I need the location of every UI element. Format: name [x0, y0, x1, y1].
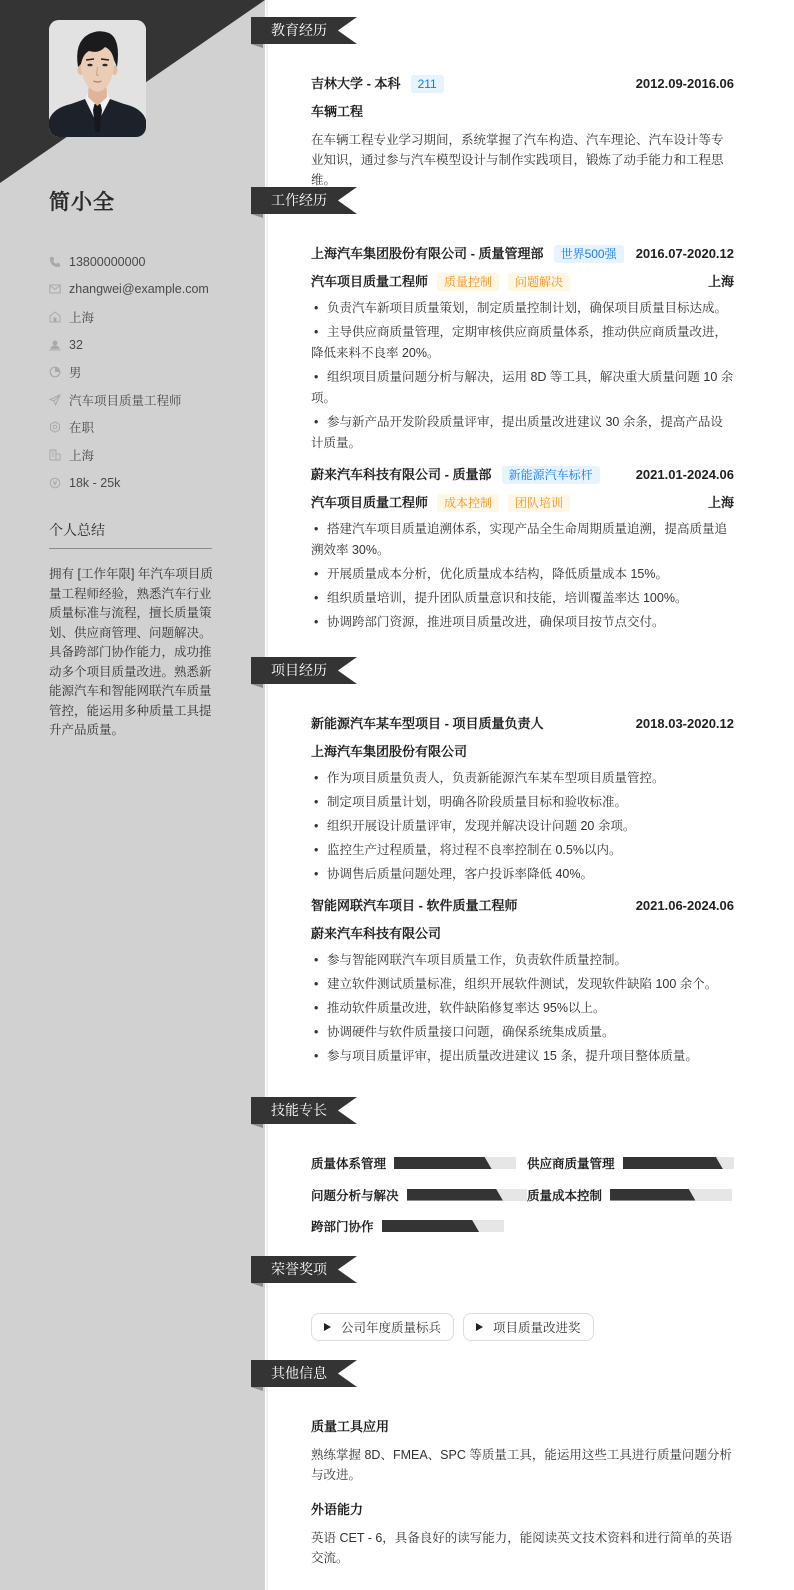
project-period: 2021.06-2024.06: [636, 896, 734, 916]
profile-photo: [49, 20, 146, 137]
work-item: 上海汽车集团股份有限公司 - 质量管理部 世界500强 2016.07-2020…: [311, 244, 734, 454]
skill-tag: 质量控制: [437, 273, 499, 291]
honors-body: 公司年度质量标兵 项目质量改进奖: [311, 1313, 734, 1341]
contact-text: 上海: [69, 446, 94, 464]
phone-icon: [49, 256, 61, 268]
project-bullets: 参与智能网联汽车项目质量工作，负责软件质量控制。 建立软件测试质量标准，组织开展…: [311, 950, 734, 1067]
contact-status: 在职: [49, 414, 249, 442]
other-item-title: 质量工具应用: [311, 1417, 734, 1437]
money-icon: [49, 477, 61, 489]
work-location: 上海: [708, 272, 734, 292]
bullet-item: 主导供应商质量管理，定期审核供应商质量体系，推动供应商质量改进，降低来料不良率 …: [311, 322, 734, 364]
gender-icon: [49, 366, 61, 378]
skill-tag: 成本控制: [437, 494, 499, 512]
project-company-row: 蔚来汽车科技有限公司: [311, 924, 734, 944]
other-item-text: 熟练掌握 8D、FMEA、SPC 等质量工具，能运用这些工具进行质量问题分析与改…: [311, 1445, 734, 1485]
section-title: 项目经历: [271, 657, 327, 684]
summary-text: 拥有 [工作年限] 年汽车项目质量工程师经验，熟悉汽车行业质量标准与流程，擅长质…: [49, 565, 215, 741]
skill-name: 跨部门协作: [311, 1217, 374, 1235]
company-tag: 世界500强: [554, 245, 624, 263]
bullet-item: 负责汽车新项目质量策划，制定质量控制计划，确保项目质量目标达成。: [311, 298, 734, 319]
skill-progress-fill: [382, 1220, 480, 1232]
project-company-row: 上海汽车集团股份有限公司: [311, 742, 734, 762]
skills-body: 质量体系管理 供应商质量管理 问题分析与解决 质量成本控制: [311, 1153, 734, 1236]
mail-icon: [49, 283, 61, 295]
bullet-item: 参与项目质量评审，提出质量改进建议 15 条，提升项目整体质量。: [311, 1046, 734, 1067]
contact-text: 18k - 25k: [69, 476, 120, 490]
work-header: 上海汽车集团股份有限公司 - 质量管理部 世界500强 2016.07-2020…: [311, 244, 734, 264]
project-period: 2018.03-2020.12: [636, 714, 734, 734]
other-item: 质量工具应用 熟练掌握 8D、FMEA、SPC 等质量工具，能运用这些工具进行质…: [311, 1417, 734, 1485]
bullet-item: 制定项目质量计划，明确各阶段质量目标和验收标准。: [311, 792, 734, 813]
section-ribbon: 项目经历: [251, 657, 357, 684]
skill-item: 跨部门协作: [311, 1216, 527, 1236]
skill-name: 供应商质量管理: [527, 1154, 615, 1172]
contact-salary: 18k - 25k: [49, 469, 249, 497]
play-icon: [324, 1323, 331, 1331]
bullet-item: 搭建汽车项目质量追溯体系，实现产品全生命周期质量追溯，提高质量追溯效率 30%。: [311, 519, 734, 561]
work-body: 上海汽车集团股份有限公司 - 质量管理部 世界500强 2016.07-2020…: [311, 244, 734, 636]
skill-progress-fill: [610, 1189, 695, 1201]
contact-phone: 13800000000: [49, 248, 249, 276]
summary-heading: 个人总结: [49, 520, 212, 549]
project-name: 智能网联汽车项目 - 软件质量工程师: [311, 896, 518, 916]
contact-city: 上海: [49, 441, 249, 469]
work-bullets: 搭建汽车项目质量追溯体系，实现产品全生命周期质量追溯，提高质量追溯效率 30%。…: [311, 519, 734, 633]
play-icon: [476, 1323, 483, 1331]
bullet-item: 推动软件质量改进，软件缺陷修复率达 95%以上。: [311, 998, 734, 1019]
project-bullets: 作为项目质量负责人，负责新能源汽车某车型项目质量管控。 制定项目质量计划，明确各…: [311, 768, 734, 885]
skill-progress-fill: [407, 1189, 503, 1201]
section-title: 技能专长: [271, 1097, 327, 1124]
skill-name: 质量体系管理: [311, 1154, 386, 1172]
work-bullets: 负责汽车新项目质量策划，制定质量控制计划，确保项目质量目标达成。 主导供应商质量…: [311, 298, 734, 454]
project-header: 新能源汽车某车型项目 - 项目质量负责人 2018.03-2020.12: [311, 714, 734, 734]
education-header: 吉林大学 - 本科 211 2012.09-2016.06: [311, 74, 734, 94]
skill-progress-bar: [623, 1157, 734, 1169]
project-item: 智能网联汽车项目 - 软件质量工程师 2021.06-2024.06 蔚来汽车科…: [311, 896, 734, 1067]
work-item: 蔚来汽车科技有限公司 - 质量部 新能源汽车标杆 2021.01-2024.06…: [311, 465, 734, 633]
building-icon: [49, 449, 61, 461]
honor-badge: 项目质量改进奖: [463, 1313, 594, 1341]
home-icon: [49, 311, 61, 323]
send-icon: [49, 394, 61, 406]
bullet-item: 监控生产过程质量，将过程不良率控制在 0.5%以内。: [311, 840, 734, 861]
bullet-item: 组织质量培训，提升团队质量意识和技能，培训覆盖率达 100%。: [311, 588, 734, 609]
skills-grid: 质量体系管理 供应商质量管理 问题分析与解决 质量成本控制: [311, 1153, 734, 1236]
contact-gender: 男: [49, 358, 249, 386]
skill-tag: 团队培训: [508, 494, 570, 512]
education-description: 在车辆工程专业学习期间，系统掌握了汽车构造、汽车理论、汽车设计等专业知识，通过参…: [311, 130, 734, 190]
project-company: 上海汽车集团股份有限公司: [311, 742, 467, 762]
section-title: 其他信息: [271, 1360, 327, 1387]
contact-text: 13800000000: [69, 255, 145, 269]
skill-progress-bar: [382, 1220, 504, 1232]
honors-list: 公司年度质量标兵 项目质量改进奖: [311, 1313, 734, 1341]
education-body: 吉林大学 - 本科 211 2012.09-2016.06 车辆工程 在车辆工程…: [311, 74, 734, 190]
contact-text: zhangwei@example.com: [69, 282, 209, 296]
bullet-item: 协调售后质量问题处理，客户投诉率降低 40%。: [311, 864, 734, 885]
project-company: 蔚来汽车科技有限公司: [311, 924, 441, 944]
skill-tag: 问题解决: [508, 273, 570, 291]
skill-item: 质量成本控制: [527, 1185, 734, 1205]
contact-job-title: 汽车项目质量工程师: [49, 386, 249, 414]
bullet-item: 作为项目质量负责人，负责新能源汽车某车型项目质量管控。: [311, 768, 734, 789]
contact-text: 在职: [69, 418, 94, 436]
other-item: 外语能力 英语 CET - 6，具备良好的读写能力，能阅读英文技术资料和进行简单…: [311, 1500, 734, 1568]
education-item: 吉林大学 - 本科 211 2012.09-2016.06 车辆工程 在车辆工程…: [311, 74, 734, 190]
skill-item: 质量体系管理: [311, 1153, 527, 1173]
section-title: 教育经历: [271, 17, 327, 44]
bullet-item: 参与智能网联汽车项目质量工作，负责软件质量控制。: [311, 950, 734, 971]
bullet-item: 组织项目质量问题分析与解决，运用 8D 等工具，解决重大质量问题 10 余项。: [311, 367, 734, 409]
sidebar: 简小全 13800000000 zhangwei@example.com 上海 …: [0, 0, 265, 1590]
other-item-text: 英语 CET - 6，具备良好的读写能力，能阅读英文技术资料和进行简单的英语交流…: [311, 1528, 734, 1568]
section-ribbon: 教育经历: [251, 17, 357, 44]
section-ribbon: 技能专长: [251, 1097, 357, 1124]
work-header: 蔚来汽车科技有限公司 - 质量部 新能源汽车标杆 2021.01-2024.06: [311, 465, 734, 485]
project-header: 智能网联汽车项目 - 软件质量工程师 2021.06-2024.06: [311, 896, 734, 916]
company-tag: 新能源汽车标杆: [502, 466, 600, 484]
projects-body: 新能源汽车某车型项目 - 项目质量负责人 2018.03-2020.12 上海汽…: [311, 714, 734, 1070]
candidate-name: 简小全: [49, 189, 115, 217]
section-ribbon: 荣誉奖项: [251, 1256, 357, 1283]
honor-label: 公司年度质量标兵: [341, 1318, 441, 1336]
skill-progress-bar: [407, 1189, 527, 1201]
contact-text: 男: [69, 363, 82, 381]
honor-label: 项目质量改进奖: [493, 1318, 581, 1336]
major-name: 车辆工程: [311, 102, 363, 122]
work-position-row: 汽车项目质量工程师 成本控制 团队培训 上海: [311, 493, 734, 513]
gear-icon: [49, 421, 61, 433]
bullet-item: 组织开展设计质量评审，发现并解决设计问题 20 余项。: [311, 816, 734, 837]
skill-progress-bar: [610, 1189, 732, 1201]
position-name: 汽车项目质量工程师: [311, 272, 428, 292]
honor-badge: 公司年度质量标兵: [311, 1313, 454, 1341]
contact-location: 上海: [49, 303, 249, 331]
position-name: 汽车项目质量工程师: [311, 493, 428, 513]
section-title: 工作经历: [271, 187, 327, 214]
contact-email: zhangwei@example.com: [49, 276, 249, 304]
avatar-portrait-icon: [49, 20, 146, 137]
skill-item: 问题分析与解决: [311, 1185, 527, 1205]
skill-name: 问题分析与解决: [311, 1186, 399, 1204]
work-location: 上海: [708, 493, 734, 513]
skill-item: 供应商质量管理: [527, 1153, 734, 1173]
skill-progress-fill: [623, 1157, 723, 1169]
bullet-item: 协调硬件与软件质量接口问题，确保系统集成质量。: [311, 1022, 734, 1043]
contact-list: 13800000000 zhangwei@example.com 上海 32 男: [49, 248, 249, 496]
section-title: 荣誉奖项: [271, 1256, 327, 1283]
bullet-item: 建立软件测试质量标准，组织开展软件测试，发现软件缺陷 100 余个。: [311, 974, 734, 995]
contact-text: 汽车项目质量工程师: [69, 391, 182, 409]
work-position-row: 汽车项目质量工程师 质量控制 问题解决 上海: [311, 272, 734, 292]
section-ribbon: 其他信息: [251, 1360, 357, 1387]
contact-text: 上海: [69, 308, 94, 326]
education-period: 2012.09-2016.06: [636, 74, 734, 94]
school-name: 吉林大学 - 本科: [311, 74, 401, 94]
skill-progress-bar: [394, 1157, 516, 1169]
user-icon: [49, 339, 61, 351]
project-item: 新能源汽车某车型项目 - 项目质量负责人 2018.03-2020.12 上海汽…: [311, 714, 734, 885]
company-name: 蔚来汽车科技有限公司 - 质量部: [311, 465, 492, 485]
contact-age: 32: [49, 331, 249, 359]
skill-progress-fill: [394, 1157, 492, 1169]
contact-text: 32: [69, 338, 83, 352]
project-name: 新能源汽车某车型项目 - 项目质量负责人: [311, 714, 544, 734]
skill-name: 质量成本控制: [527, 1186, 602, 1204]
section-ribbon: 工作经历: [251, 187, 357, 214]
school-tag: 211: [411, 75, 444, 93]
bullet-item: 协调跨部门资源，推进项目质量改进，确保项目按节点交付。: [311, 612, 734, 633]
page-divider: [266, 0, 268, 1590]
other-item-title: 外语能力: [311, 1500, 734, 1520]
work-period: 2016.07-2020.12: [636, 244, 734, 264]
education-major-row: 车辆工程: [311, 102, 734, 122]
bullet-item: 参与新产品开发阶段质量评审，提出质量改进建议 30 余条，提高产品设计质量。: [311, 412, 734, 454]
bullet-item: 开展质量成本分析，优化质量成本结构，降低质量成本 15%。: [311, 564, 734, 585]
other-body: 质量工具应用 熟练掌握 8D、FMEA、SPC 等质量工具，能运用这些工具进行质…: [311, 1417, 734, 1568]
company-name: 上海汽车集团股份有限公司 - 质量管理部: [311, 244, 544, 264]
work-period: 2021.01-2024.06: [636, 465, 734, 485]
